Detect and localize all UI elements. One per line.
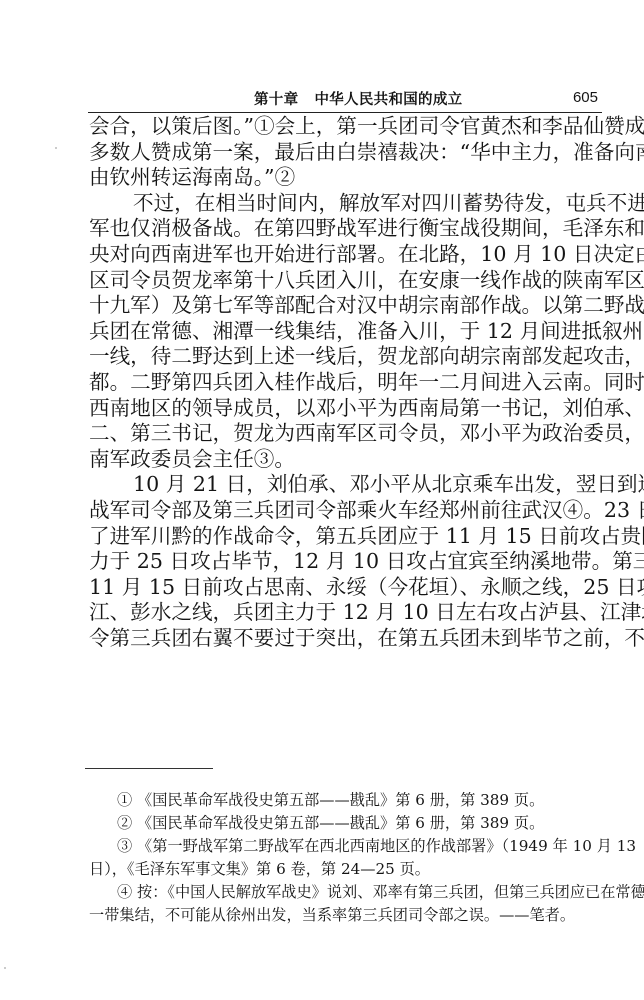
- text-line: 一线，待二野达到上述一线后，贺龙部向胡宗南部发起攻击，并进击成: [89, 344, 603, 370]
- text-line: 南军政委员会主任③。: [89, 447, 603, 473]
- scan-speck: [55, 147, 57, 149]
- text-line: 11 月 15 日前攻占思南、永绥（今花垣）、永顺之线，25 日攻占遵义、黔: [89, 575, 603, 601]
- footnotes: ① 《国民革命军战役史第五部——戡乱》第 6 册，第 389 页。 ② 《国民革…: [89, 789, 603, 927]
- text-line: 令第三兵团右翼不要过于突出，在第五兵团未到毕节之前，不得先到黔: [89, 626, 603, 652]
- text-line: 江、彭水之线，兵团主力于 12 月 10 日左右攻占泸县、江津地带。但命: [89, 600, 603, 626]
- text-line: 十九军）及第七军等部配合对汉中胡宗南部作战。以第二野战军两个: [89, 293, 603, 319]
- scan-speck: [4, 967, 6, 969]
- footnote-2: ② 《国民革命军战役史第五部——戡乱》第 6 册，第 389 页。: [89, 812, 603, 835]
- body-text: 会合，以策后图。”①会上，第一兵团司令官黄杰和李品仙赞成第二案， 多数人赞成第一…: [89, 114, 603, 651]
- text-line: 军也仅消极备战。在第四野战军进行衡宝战役期间，毛泽东和中共中: [89, 216, 603, 242]
- text-line: 力于 25 日攻占毕节，12 月 10 日攻占宜宾至纳溪地带。第三兵团应于: [89, 549, 603, 575]
- footnote-3: ③ 《第一野战军第二野战军在西北西南地区的作战部署》（1949 年 10 月 1…: [89, 835, 603, 858]
- text-line: 会合，以策后图。”①会上，第一兵团司令官黄杰和李品仙赞成第二案，: [89, 114, 603, 140]
- footnote-4: ④ 按：《中国人民解放军战史》说刘、邓率有第三兵团，但第三兵团应已在常德: [89, 881, 603, 904]
- footnote-1: ① 《国民革命军战役史第五部——戡乱》第 6 册，第 389 页。: [89, 789, 603, 812]
- text-line: 战军司令部及第三兵团司令部乘火车经郑州前往武汉④。23 日发出: [89, 498, 603, 524]
- chapter-title: 第十章 中华人民共和国的成立: [254, 88, 462, 109]
- footnote-3-continued: 日），《毛泽东军事文集》第 6 卷，第 24—25 页。: [89, 858, 603, 881]
- text-line: 央对向西南进军也开始进行部署。在北路，10 月 10 日决定由西南军: [89, 242, 603, 268]
- text-line: 二、第三书记，贺龙为西南军区司令员，邓小平为政治委员，刘伯承为西: [89, 421, 603, 447]
- page-number: 605: [573, 89, 598, 106]
- book-page: 第十章 中华人民共和国的成立 605 会合，以策后图。”①会上，第一兵团司令官黄…: [0, 0, 644, 1000]
- text-line: 西南地区的领导成员，以邓小平为西南局第一书记，刘伯承、贺龙为第: [89, 396, 603, 422]
- text-line: 了进军川黔的作战命令，第五兵团应于 11 月 15 日前攻占贵阳，兵团主: [89, 524, 603, 550]
- text-line: 兵团在常德、湘潭一线集结，准备入川，于 12 月间进抵叙州、泸州、重庆: [89, 319, 603, 345]
- paragraph-start: 10 月 21 日，刘伯承、邓小平从北京乘车出发，翌日到达徐州，率野: [89, 472, 603, 498]
- text-line: 由钦州转运海南岛。”②: [89, 165, 603, 191]
- text-line: 多数人赞成第一案，最后由白崇禧裁决：“华中主力，准备向南转移，经: [89, 140, 603, 166]
- header-rule: [88, 112, 602, 113]
- text-line: 都。二野第四兵团入桂作战后，明年一二月间进入云南。同时，确定了: [89, 370, 603, 396]
- text-line: 区司令员贺龙率第十八兵团入川，在安康一线作战的陕南军区部队（第: [89, 268, 603, 294]
- paragraph-start: 不过，在相当时间内，解放军对四川蓄势待发，屯兵不进。国民党: [89, 191, 603, 217]
- footnote-rule: [85, 768, 213, 769]
- running-header: 第十章 中华人民共和国的成立 605: [88, 88, 602, 110]
- footnote-4-continued: 一带集结，不可能从徐州出发，当系率第三兵团司令部之误。——笔者。: [89, 904, 603, 927]
